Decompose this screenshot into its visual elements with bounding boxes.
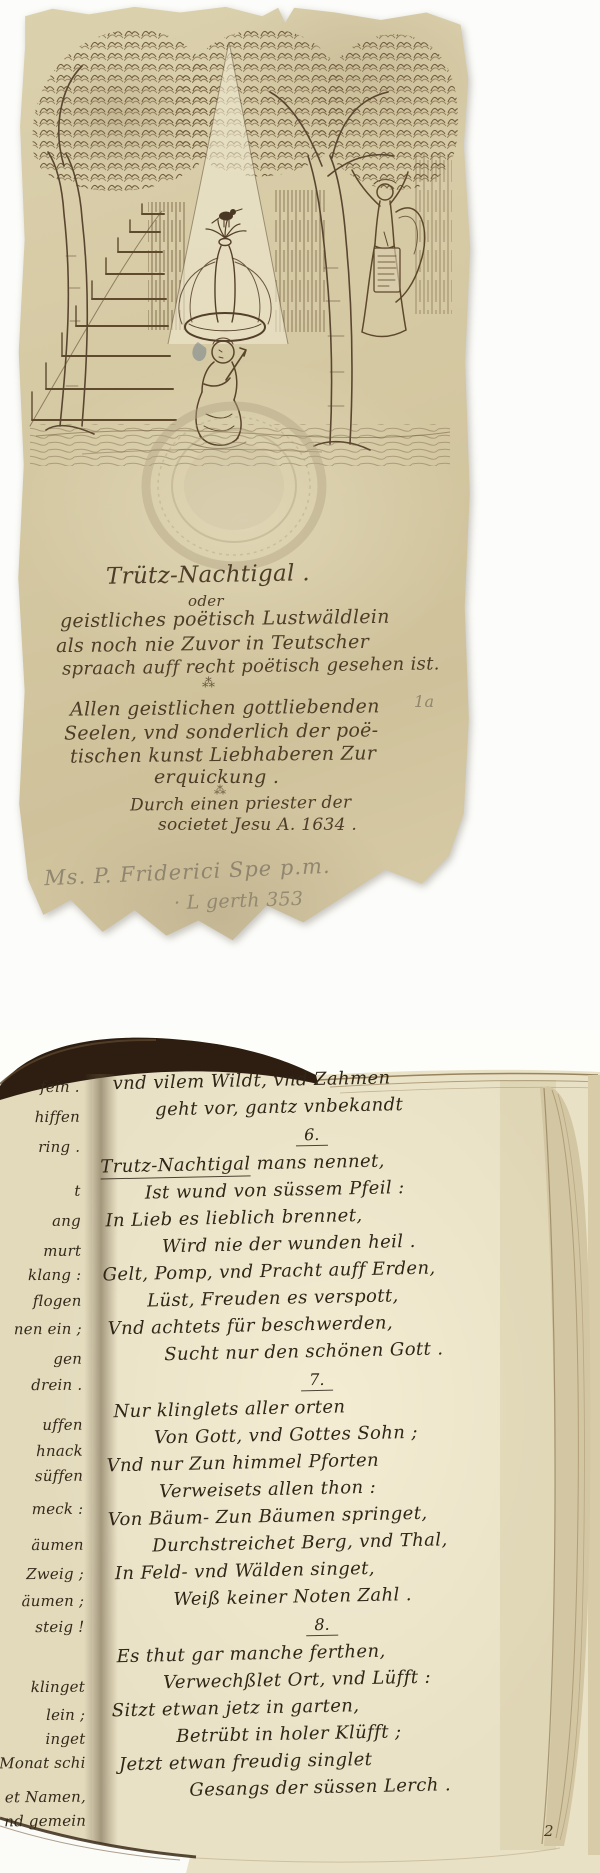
verse-fragment: flogen [33,1292,82,1310]
leaf-subtitle-line: geistliches poëtisch Lustwäldlein [60,606,390,633]
leaf-imprint-line: Durch einen priester der [130,792,352,815]
verse-fragment: lein ; [46,1706,85,1724]
leaf-subtitle-line: als noch nie Zuvor in Teutscher [56,631,369,657]
verse-fragment: uffen [42,1416,82,1434]
verse-fragment: äumen [31,1536,84,1554]
leaf-title: Trütz-Nachtigal . [106,560,310,590]
scanned-manuscript-document: Trütz-Nachtigal . oder geistliches poëti… [0,0,600,1873]
verse-fragment: Monat schi [0,1754,86,1773]
folio-mark: 1a [414,692,434,711]
leaf-dedication-line: Seelen, vnd sonderlich der poë- [64,719,379,744]
leaf-dedication-line: tischen kunst Liebhaberen Zur [70,742,376,767]
verse-fragment: murt [43,1242,81,1260]
page-number: 2 [544,1822,554,1840]
verse-fragment: klang : [28,1266,81,1284]
verse-fragment: süffen [35,1467,83,1485]
verse-fragment: Zweig ; [26,1565,84,1584]
verse-fragment: t [74,1182,80,1200]
right-page-verses: vnd vilem Wildt, vnd Zahmen geht vor, ga… [98,1062,537,1806]
pencil-catalog-note: · L gerth 353 [174,888,304,914]
verse-fragment: hiffen [35,1108,80,1126]
verse-fragment: klinget [31,1678,85,1696]
verse-fragment: meck : [32,1500,84,1518]
verse-fragment: drein . [31,1376,82,1394]
blue-ink-smudge [192,342,206,361]
verse-fragment: inget [45,1730,85,1748]
verse-fragment: nd gemein [4,1812,86,1831]
verse-fragment: nen ein ; [14,1320,82,1339]
underlined-word: Trutz-Nachtigal [100,1153,251,1179]
open-book-photograph: fein . hiffen ring . t ang murt klang : … [0,1030,600,1873]
verse-fragment: ang [52,1212,81,1230]
verse-fragment: et Namen, [5,1788,86,1807]
library-blind-stamp [146,406,322,566]
title-leaf-wrapper: Trütz-Nachtigal . oder geistliches poëti… [0,0,600,960]
leaf-subtitle-line: spraach auff recht poëtisch gesehen ist. [62,653,440,679]
verse-fragment: äumen ; [22,1592,85,1611]
pencil-catalog-note: Ms. P. Friderici Spe p.m. [44,854,331,890]
verse-fragment: steig ! [35,1618,84,1636]
verse-fragment: ring . [38,1138,80,1156]
title-page-pen-drawing [22,6,462,572]
verse-fragment: hnack [36,1442,83,1460]
leaf-imprint-line: societet Jesu A. 1634 . [158,815,357,835]
left-page-fragments: fein . hiffen ring . t ang murt klang : … [0,1070,91,1861]
manuscript-title-leaf: Trütz-Nachtigal . oder geistliches poëti… [16,4,472,945]
flourish-icon: ⁂ [202,676,215,691]
tablet-inscription [374,232,400,292]
verse-fragment: gen [53,1350,82,1368]
verse-fragment: fein . [40,1078,80,1096]
leaf-dedication-line: Allen geistlichen gottliebenden [70,695,380,720]
